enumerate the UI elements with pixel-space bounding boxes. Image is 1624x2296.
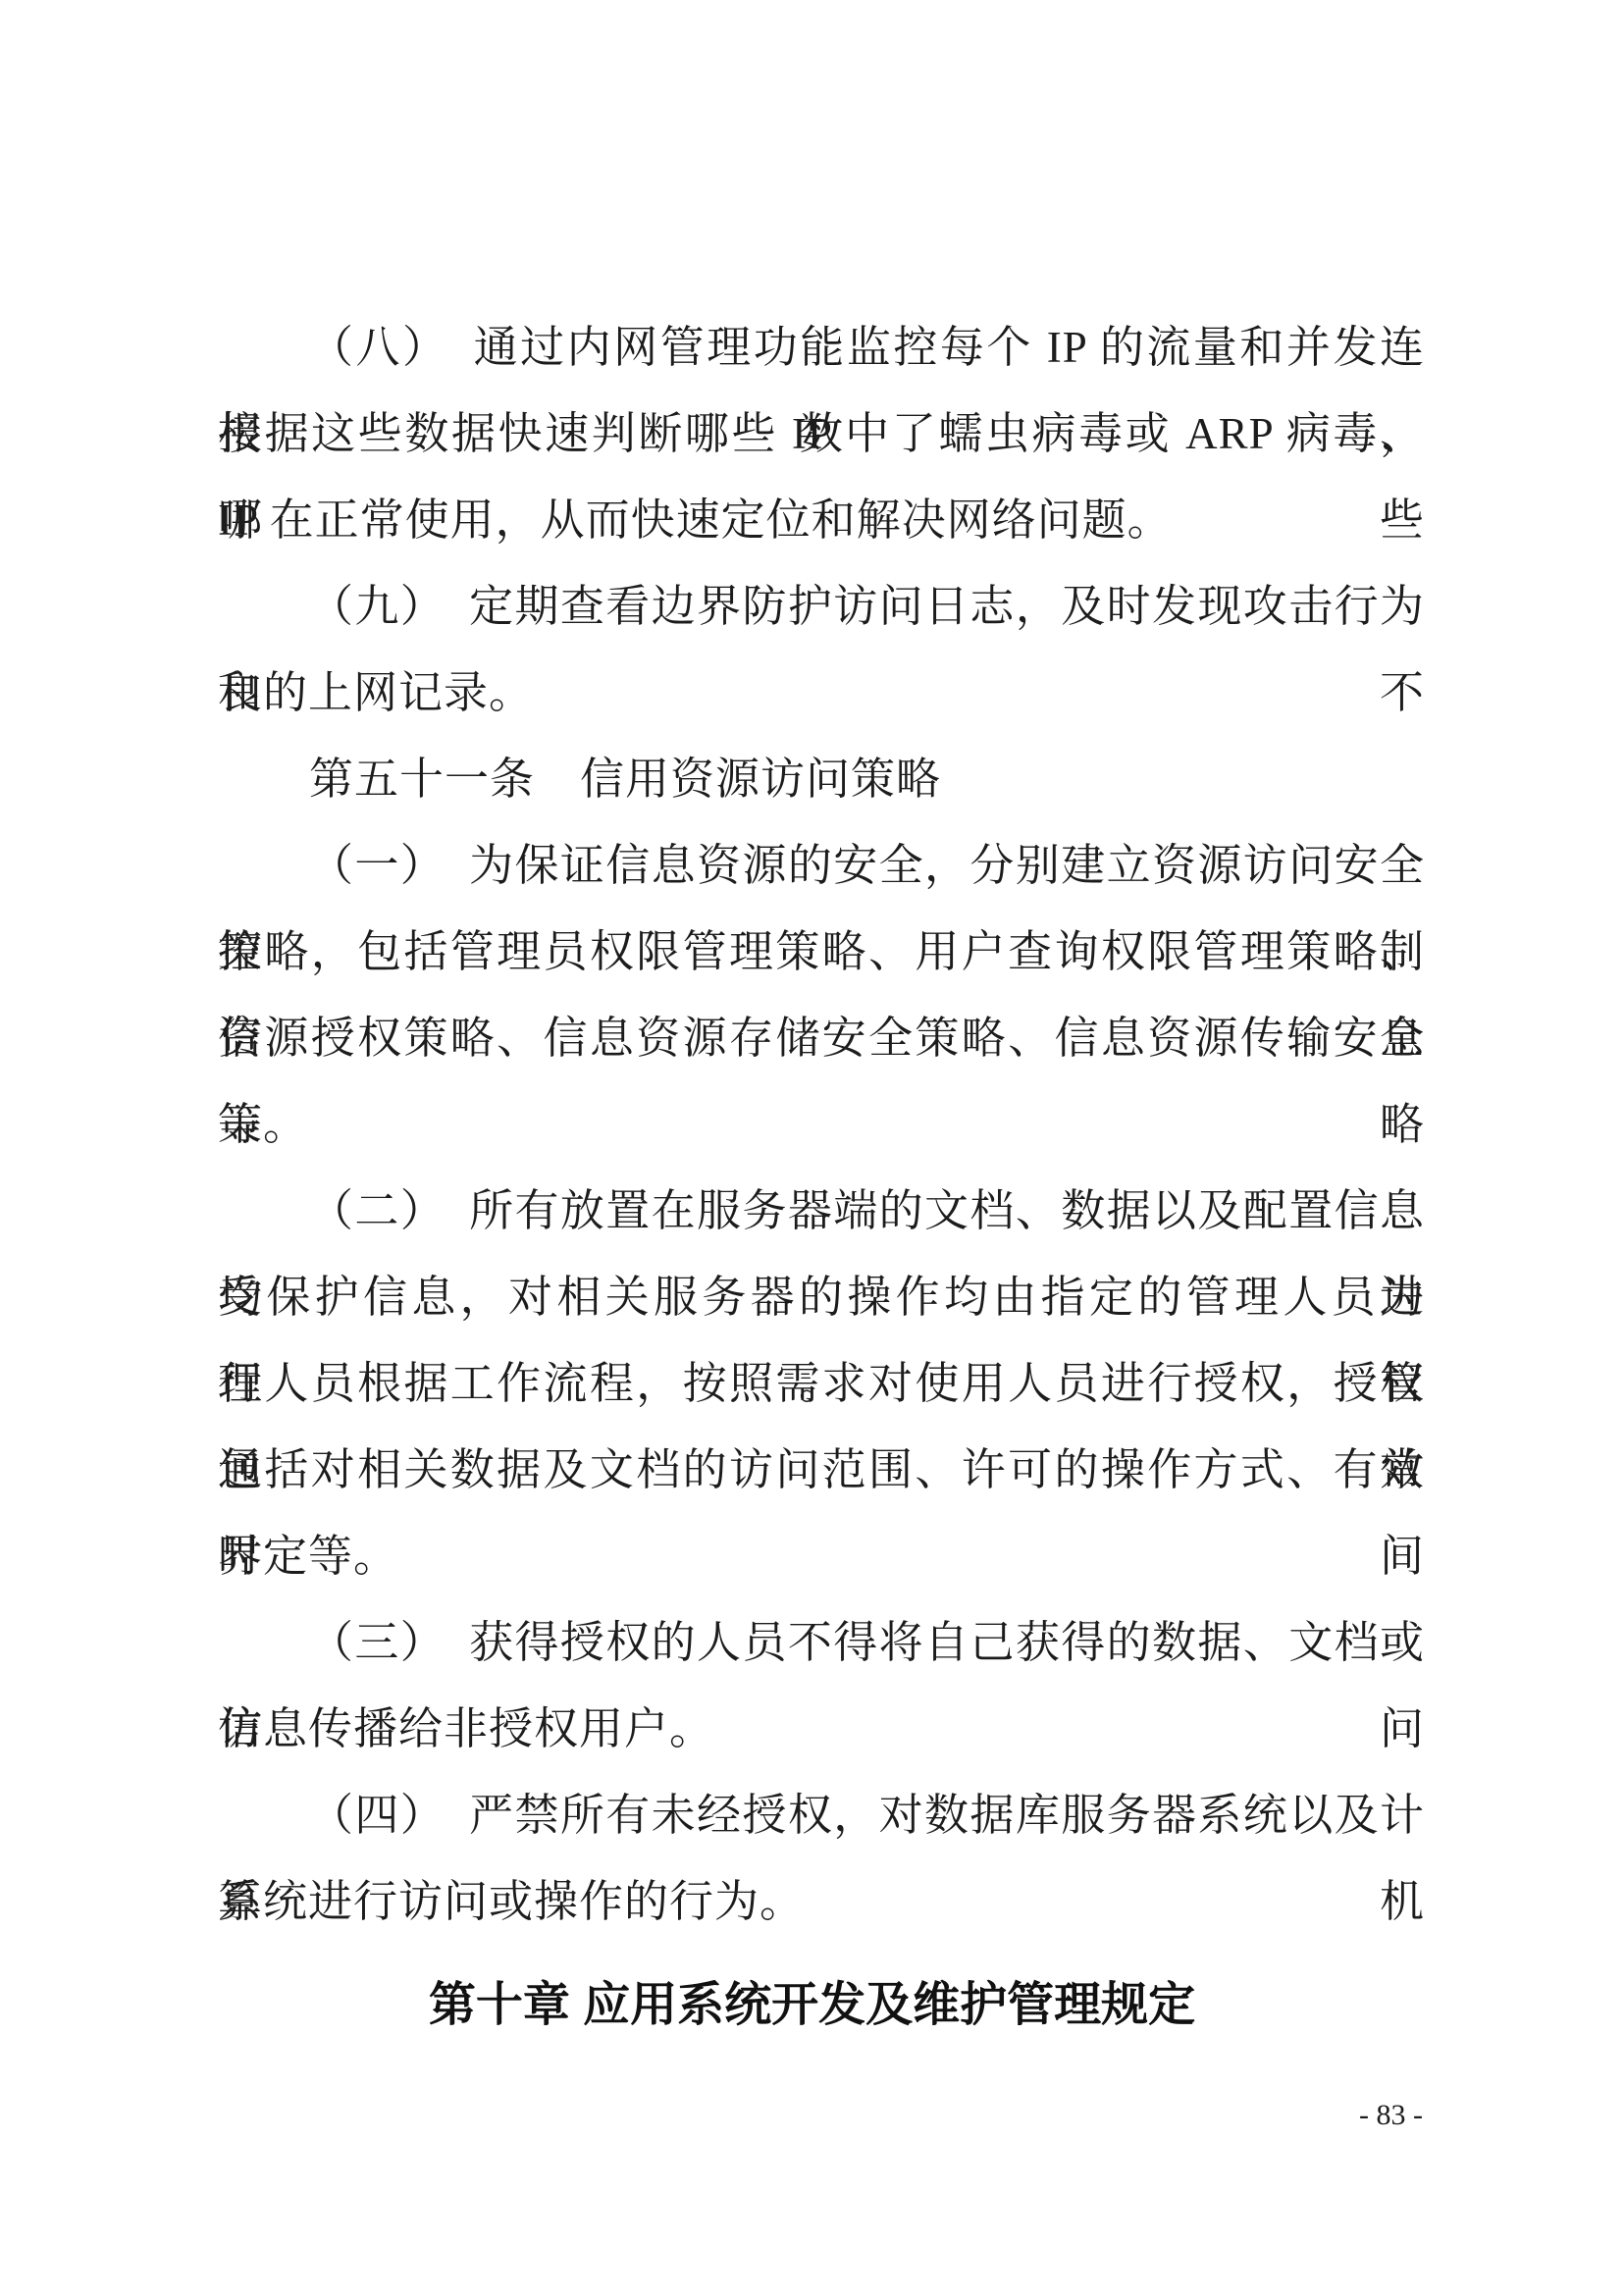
text-line: （九） 定期查看边界防护访问日志，及时发现攻击行为和不 bbox=[218, 563, 1425, 650]
text-line: 策略，包括管理员权限管理策略、用户查询权限管理策略、信息 bbox=[218, 909, 1425, 995]
text-line: （一） 为保证信息资源的安全，分别建立资源访问安全控制 bbox=[218, 822, 1425, 909]
text-line: 理人员根据工作流程，按照需求对使用人员进行授权，授权通常 bbox=[218, 1340, 1425, 1427]
text-line: （四） 严禁所有未经授权，对数据库服务器系统以及计算机 bbox=[218, 1772, 1425, 1858]
chapter-heading: 第十章 应用系统开发及维护管理规定 bbox=[0, 1976, 1624, 2035]
text-line: （八） 通过内网管理功能监控每个 IP 的流量和并发连接数， bbox=[218, 304, 1425, 391]
document-page: （八） 通过内网管理功能监控每个 IP 的流量和并发连接数，根据这些数据快速判断… bbox=[0, 0, 1624, 2296]
text-line: 受保护信息，对相关服务器的操作均由指定的管理人员进行。管 bbox=[218, 1254, 1425, 1340]
text-line: 第五十一条 信用资源访问策略 bbox=[218, 736, 1425, 822]
page-number: - 83 - bbox=[1359, 2098, 1423, 2133]
text-line: 包括对相关数据及文档的访问范围、许可的操作方式、有效时间 bbox=[218, 1427, 1425, 1513]
document-body: （八） 通过内网管理功能监控每个 IP 的流量和并发连接数，根据这些数据快速判断… bbox=[218, 304, 1425, 1945]
text-line: （二） 所有放置在服务器端的文档、数据以及配置信息均为 bbox=[218, 1168, 1425, 1254]
text-line: 资源授权策略、信息资源存储安全策略、信息资源传输安全策略 bbox=[218, 995, 1425, 1081]
text-line: 根据这些数据快速判断哪些 IP 中了蠕虫病毒或 ARP 病毒、哪些 bbox=[218, 391, 1425, 477]
text-line: （三） 获得授权的人员不得将自己获得的数据、文档或访问 bbox=[218, 1599, 1425, 1686]
